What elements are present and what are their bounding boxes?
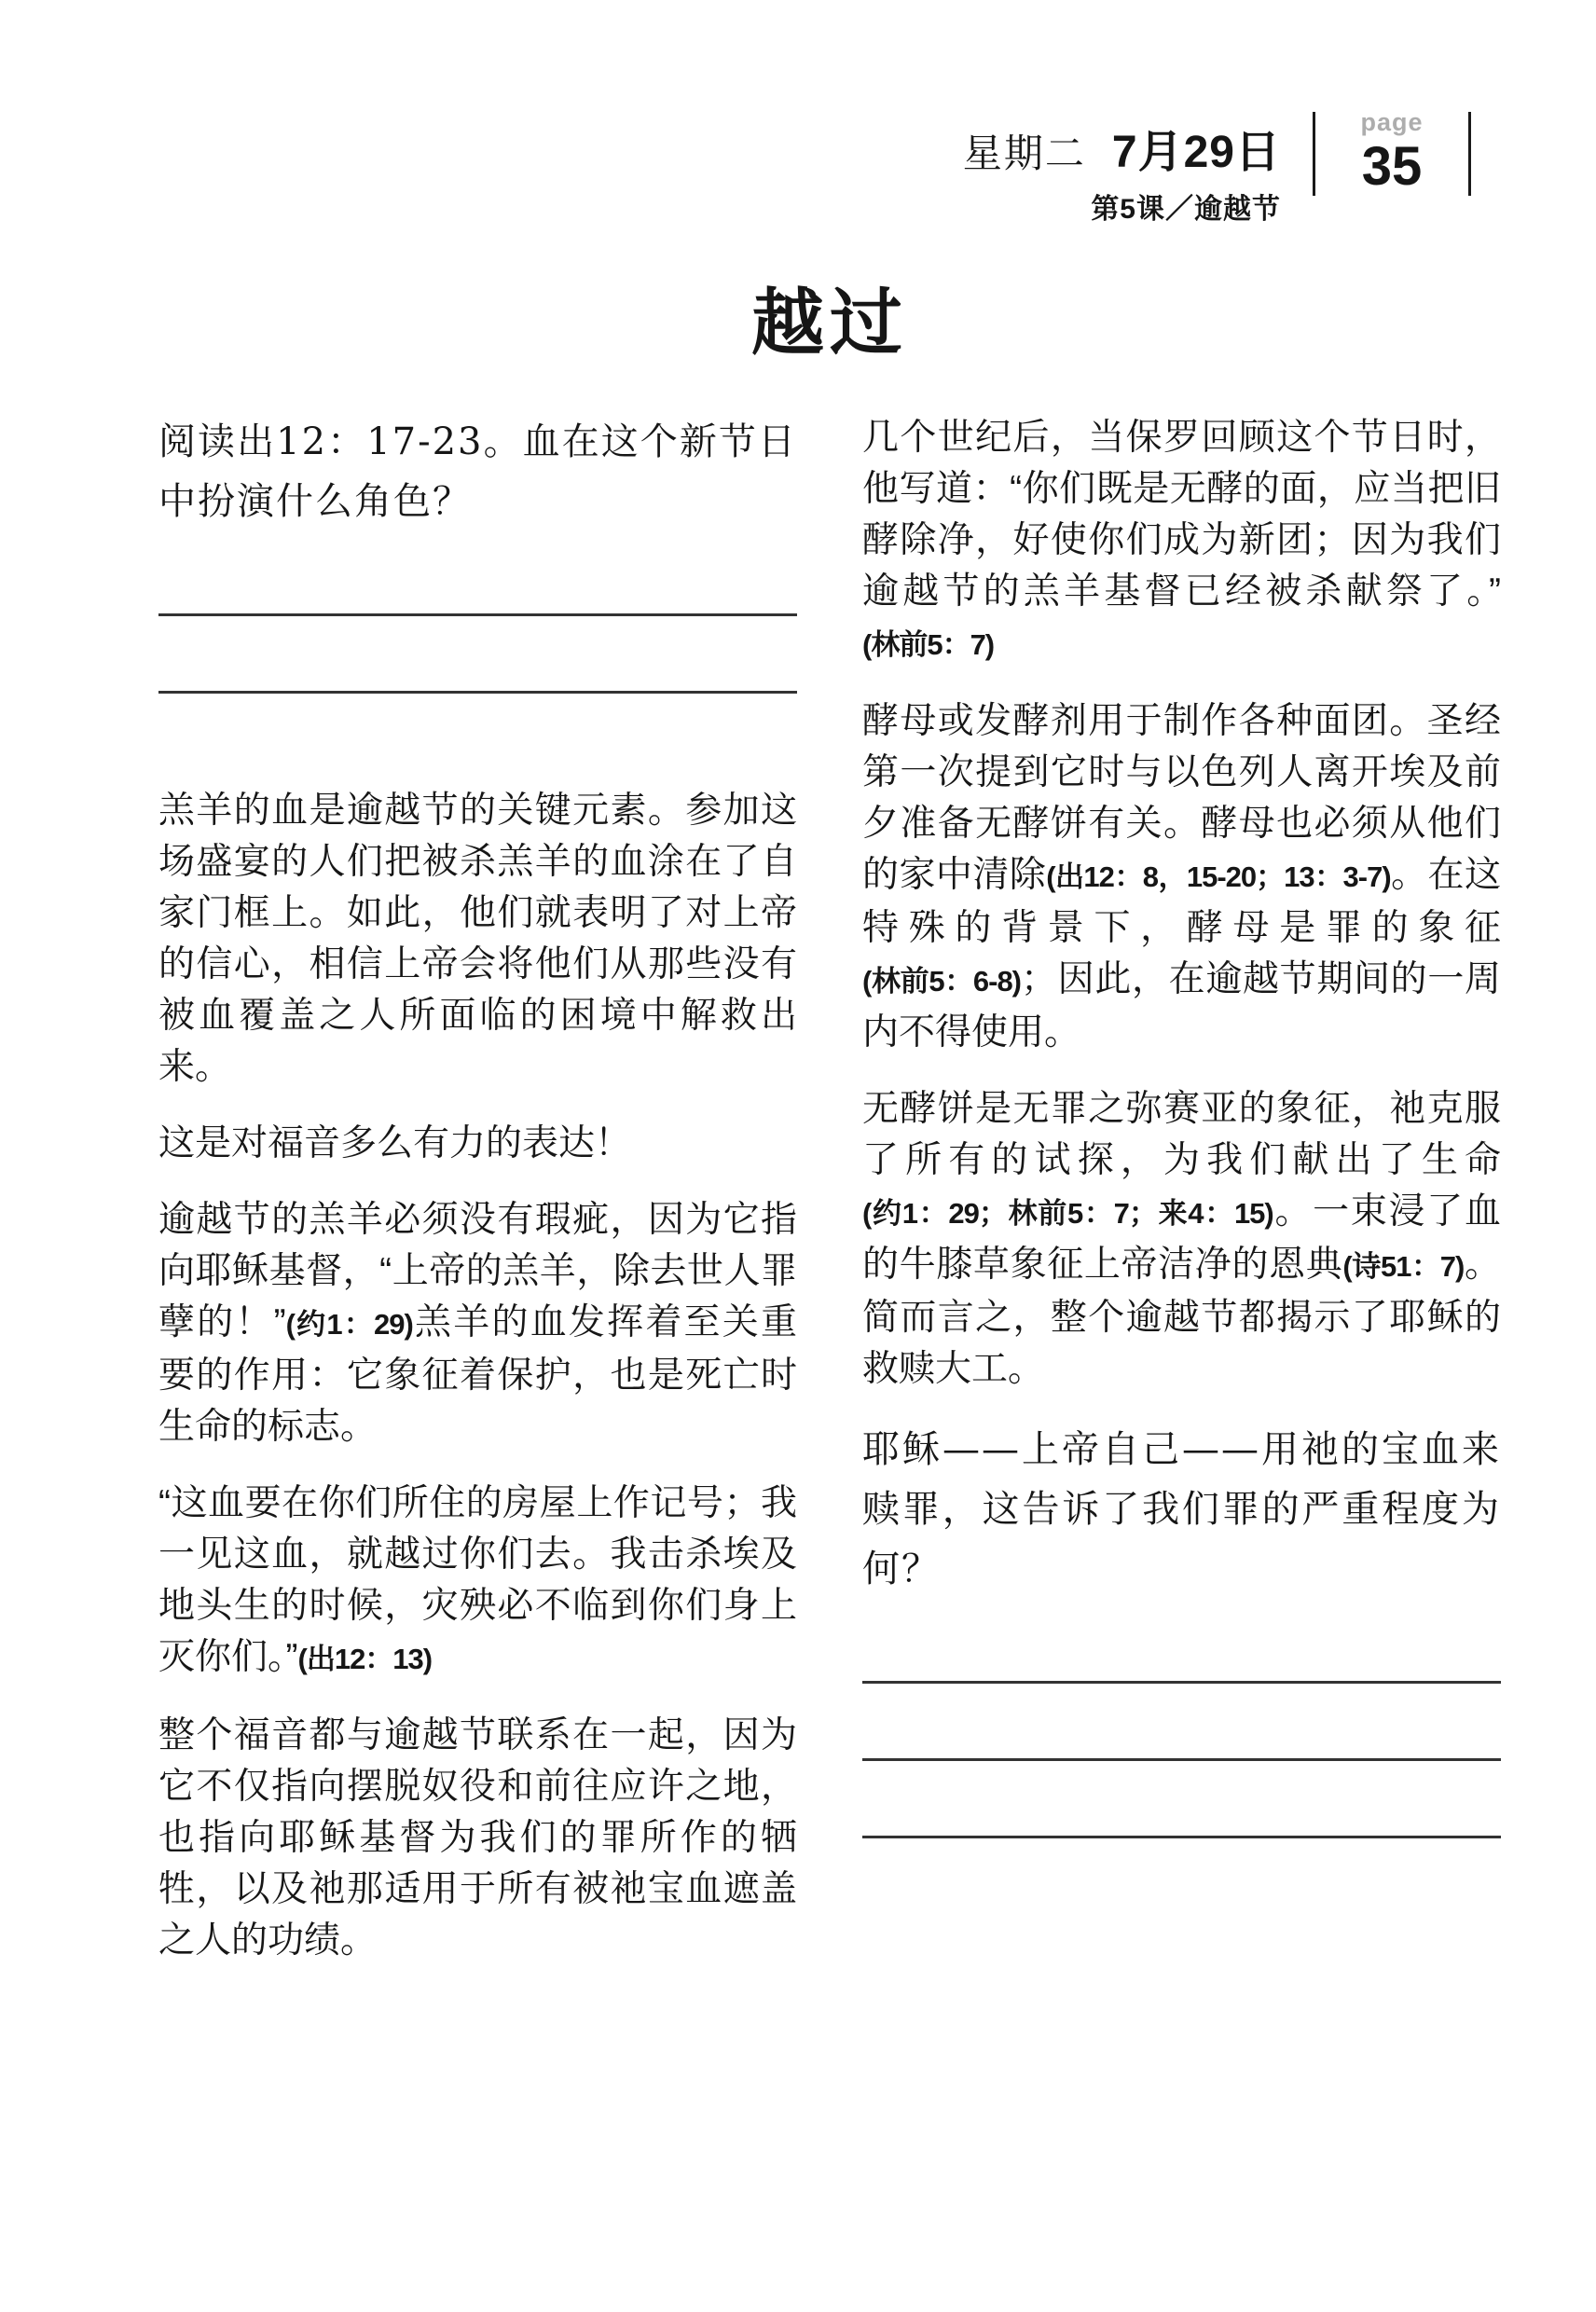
paragraph-whole-gospel: 整个福音都与逾越节联系在一起，因为它不仅指向摆脱奴役和前往应许之地，也指向耶稣基… — [158, 1710, 797, 1966]
reading-question: 阅读出12：17-23。血在这个新节日中扮演什么角色？ — [158, 412, 797, 531]
page-number: 35 — [1347, 139, 1437, 196]
page-number-block: page 35 — [1347, 110, 1437, 196]
answer-line — [158, 539, 797, 616]
paragraph-blood-sign-quote: “这血要在你们所住的房屋上作记号；我一见这血，就越过你们去。我击杀埃及地头生的时… — [158, 1478, 797, 1685]
text-run: 这是对福音多么有力的表达！ — [158, 1123, 631, 1163]
text-run: 几个世纪后，当保罗回顾这个节日时，他写道：“你们既是无酵的面，应当把旧酵除净，好… — [862, 418, 1501, 612]
header-date-line: 星期二 7月29日 — [963, 116, 1281, 180]
scripture-reference: (出12：8，15-20；13：3-7) — [1046, 860, 1390, 893]
left-column: 阅读出12：17-23。血在这个新节日中扮演什么角色？ 羔羊的血是逾越节的关键元… — [158, 412, 797, 1991]
text-run: “这血要在你们所住的房屋上作记号；我一见这血，就越过你们去。我击杀埃及地头生的时… — [158, 1483, 797, 1677]
scripture-reference: (诗51：7) — [1342, 1250, 1464, 1283]
scripture-reference: (约1：29；林前5：7；来4：15) — [862, 1197, 1273, 1230]
header-date-block: 星期二 7月29日 第5课／逾越节 — [963, 116, 1281, 227]
header-divider-right — [1468, 112, 1471, 196]
answer-line — [862, 1606, 1501, 1684]
lesson-label: 第5课／逾越节 — [963, 186, 1281, 227]
content-columns: 阅读出12：17-23。血在这个新节日中扮演什么角色？ 羔羊的血是逾越节的关键元… — [158, 412, 1501, 1991]
paragraph-gospel-expression: 这是对福音多么有力的表达！ — [158, 1118, 797, 1169]
paragraph-leaven: 酵母或发酵剂用于制作各种面团。圣经第一次提到它时与以色列人离开埃及前夕准备无酵饼… — [862, 695, 1501, 1058]
date-label: 7月29日 — [1112, 116, 1281, 180]
scripture-reference: (林前5：6-8) — [862, 965, 1021, 998]
text-run: 整个福音都与逾越节联系在一起，因为它不仅指向摆脱奴役和前往应许之地，也指向耶稣基… — [158, 1715, 797, 1961]
answer-lines-left — [158, 539, 797, 694]
scripture-reference: (约1：29) — [286, 1308, 413, 1341]
reflection-question: 耶稣——上帝自己——用祂的宝血来赎罪，这告诉了我们罪的严重程度为何？ — [862, 1420, 1501, 1599]
header-divider-left — [1313, 112, 1315, 196]
text-run: 无酵饼是无罪之弥赛亚的象征，祂克服了所有的试探，为我们献出了生命 — [862, 1089, 1501, 1180]
page-word-label: page — [1347, 110, 1437, 135]
page-title: 越过 — [158, 287, 1501, 360]
answer-lines-right — [862, 1606, 1501, 1838]
paragraph-lamb-without-blemish: 逾越节的羔羊必须没有瑕疵，因为它指向耶稣基督，“上帝的羔羊，除去世人罪孽的！”(… — [158, 1194, 797, 1452]
answer-line — [862, 1684, 1501, 1761]
scripture-reference: (林前5：7) — [862, 628, 994, 661]
paragraph-unleavened-bread: 无酵饼是无罪之弥赛亚的象征，祂克服了所有的试探，为我们献出了生命(约1：29；林… — [862, 1083, 1501, 1395]
answer-line — [158, 616, 797, 694]
lesson-page: 星期二 7月29日 第5课／逾越节 page 35 越过 阅读出12：17-23… — [0, 0, 1596, 2312]
weekday-label: 星期二 — [963, 123, 1086, 179]
answer-line — [862, 1761, 1501, 1838]
page-header: 星期二 7月29日 第5课／逾越节 page 35 — [963, 110, 1503, 227]
paragraph-lamb-blood: 羔羊的血是逾越节的关键元素。参加这场盛宴的人们把被杀羔羊的血涂在了自家门框上。如… — [158, 785, 797, 1093]
scripture-reference: (出12：13) — [298, 1643, 433, 1675]
paragraph-paul-quote: 几个世纪后，当保罗回顾这个节日时，他写道：“你们既是无酵的面，应当把旧酵除净，好… — [862, 412, 1501, 670]
text-run: 羔羊的血是逾越节的关键元素。参加这场盛宴的人们把被杀羔羊的血涂在了自家门框上。如… — [158, 791, 797, 1087]
right-column: 几个世纪后，当保罗回顾这个节日时，他写道：“你们既是无酵的面，应当把旧酵除净，好… — [862, 412, 1501, 1991]
